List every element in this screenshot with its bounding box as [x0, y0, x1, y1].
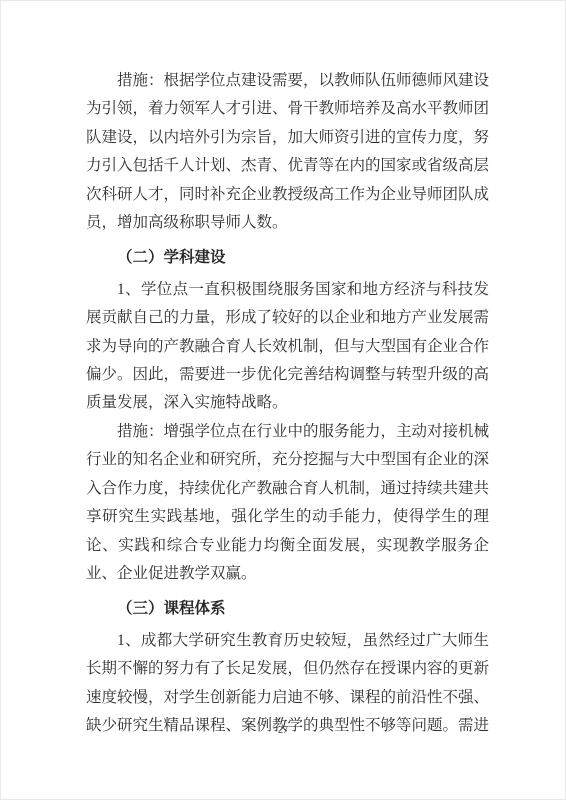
- paragraph-curriculum-status: 1、成都大学研究生教育历史较短，虽然经过广大师生长期不懈的努力有了长足发展，但仍…: [86, 627, 489, 741]
- document-body: 措施：根据学位点建设需要，以教师队伍师德师风建设为引领，着力领军人才引进、骨干教…: [86, 67, 489, 740]
- page-number: 27: [1, 725, 565, 736]
- section-heading-discipline-construction: （二）学科建设: [86, 244, 489, 272]
- paragraph-measures-faculty: 措施：根据学位点建设需要，以教师队伍师德师风建设为引领，着力领军人才引进、骨干教…: [86, 67, 489, 237]
- section-heading-curriculum-system: （三）课程体系: [86, 595, 489, 623]
- document-page: 措施：根据学位点建设需要，以教师队伍师德师风建设为引领，着力领军人才引进、骨干教…: [0, 0, 566, 800]
- paragraph-measures-discipline: 措施：增强学位点在行业中的服务能力，主动对接机械行业的知名企业和研究所，充分挖掘…: [86, 418, 489, 588]
- paragraph-discipline-status: 1、学位点一直积极围绕服务国家和地方经济与科技发展贡献自己的力量，形成了较好的以…: [86, 276, 489, 418]
